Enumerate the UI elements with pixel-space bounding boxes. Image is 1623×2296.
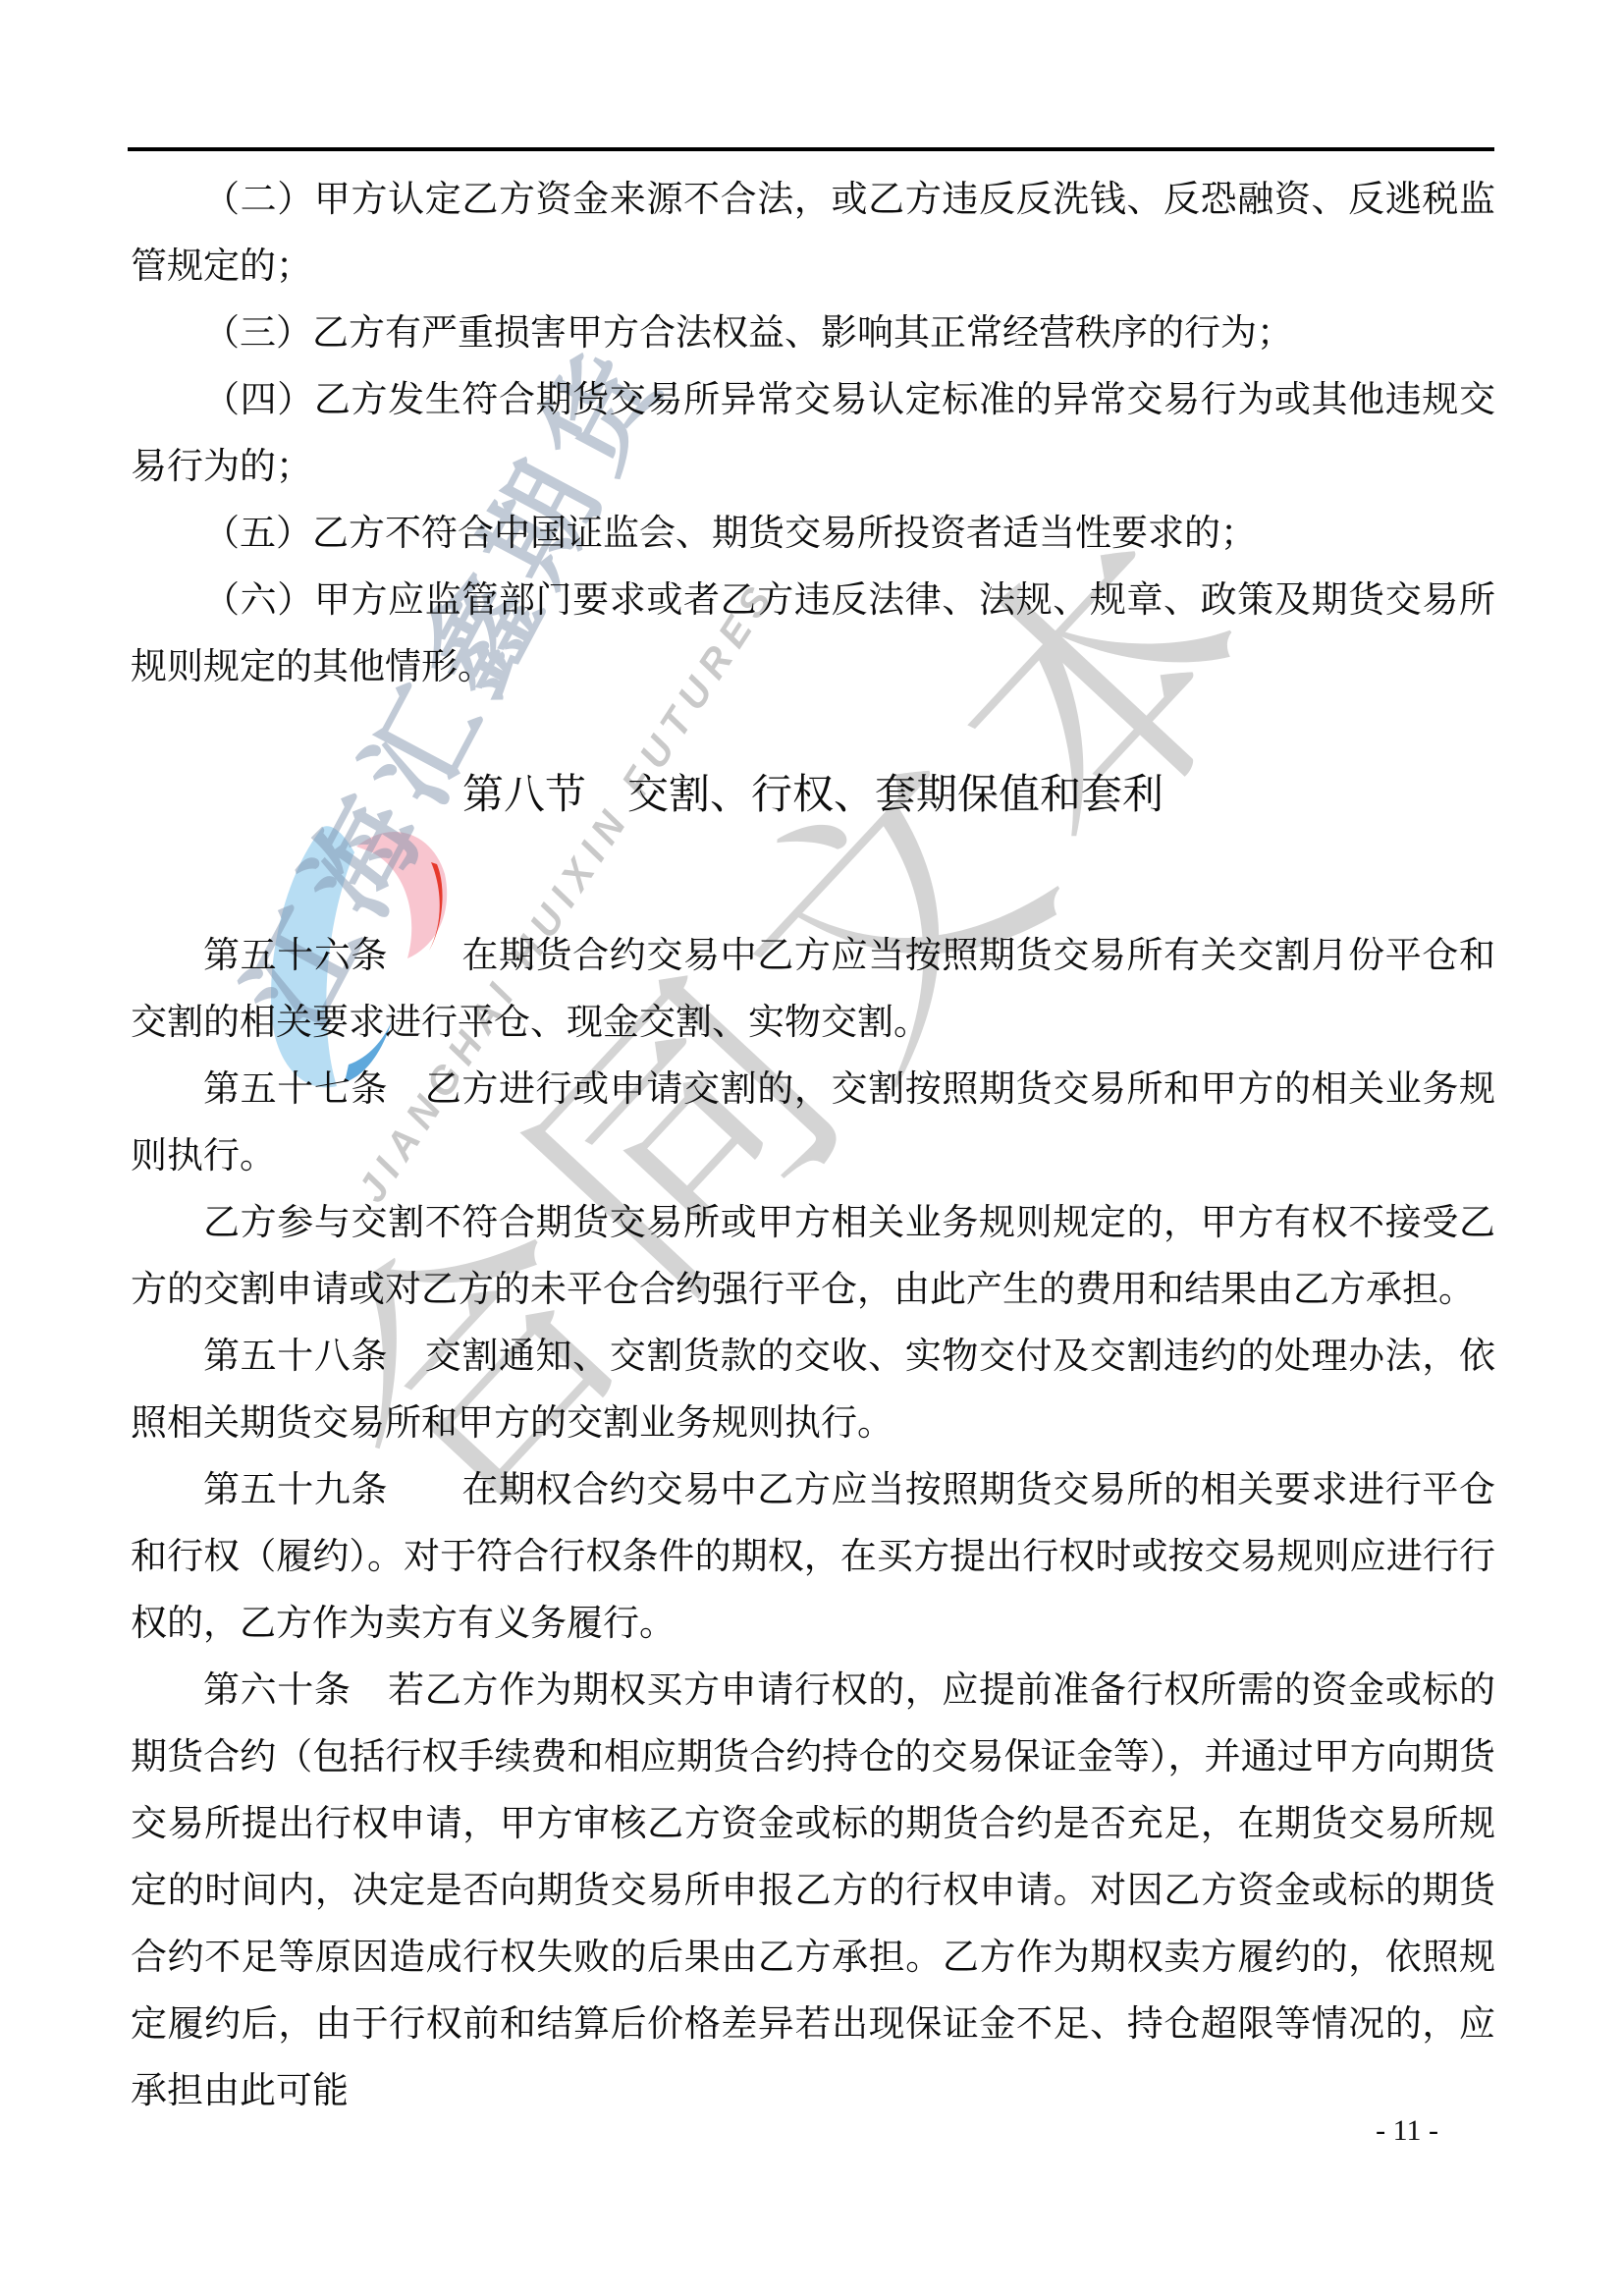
clause-paragraph: （三）乙方有严重损害甲方合法权益、影响其正常经营秩序的行为；	[131, 301, 1495, 367]
page-number: - 11 -	[1376, 2111, 1438, 2151]
document-body: （二）甲方认定乙方资金来源不合法，或乙方违反反洗钱、反恐融资、反逃税监管规定的；…	[131, 167, 1495, 2125]
clause-paragraph: 第五十七条 乙方进行或申请交割的，交割按照期货交易所和甲方的相关业务规则执行。	[131, 1057, 1495, 1190]
section-title: 第八节 交割、行权、套期保值和套利	[131, 762, 1495, 829]
clause-paragraph: 第六十条 若乙方作为期权买方申请行权的，应提前准备行权所需的资金或标的期货合约（…	[131, 1658, 1495, 2125]
clause-paragraph: 第五十九条 在期权合约交易中乙方应当按照期货交易所的相关要求进行平仓和行权（履约…	[131, 1457, 1495, 1658]
clause-paragraph: 第五十八条 交割通知、交割货款的交收、实物交付及交割违约的处理办法，依照相关期货…	[131, 1324, 1495, 1457]
header-rule	[128, 147, 1494, 151]
page-container: 江海汇鑫期货 JIANGHAI HUIXIN FUTURES 合同文本 （二）甲…	[0, 0, 1623, 2296]
clause-paragraph: （二）甲方认定乙方资金来源不合法，或乙方违反反洗钱、反恐融资、反逃税监管规定的；	[131, 167, 1495, 301]
clause-paragraph: 第五十六条 在期货合约交易中乙方应当按照期货交易所有关交割月份平仓和交割的相关要…	[131, 923, 1495, 1057]
clause-paragraph: （六）甲方应监管部门要求或者乙方违反法律、法规、规章、政策及期货交易所规则规定的…	[131, 568, 1495, 701]
clause-paragraph: （五）乙方不符合中国证监会、期货交易所投资者适当性要求的；	[131, 501, 1495, 568]
clause-paragraph: （四）乙方发生符合期货交易所异常交易认定标准的异常交易行为或其他违规交易行为的；	[131, 367, 1495, 501]
clause-paragraph: 乙方参与交割不符合期货交易所或甲方相关业务规则规定的，甲方有权不接受乙方的交割申…	[131, 1190, 1495, 1324]
